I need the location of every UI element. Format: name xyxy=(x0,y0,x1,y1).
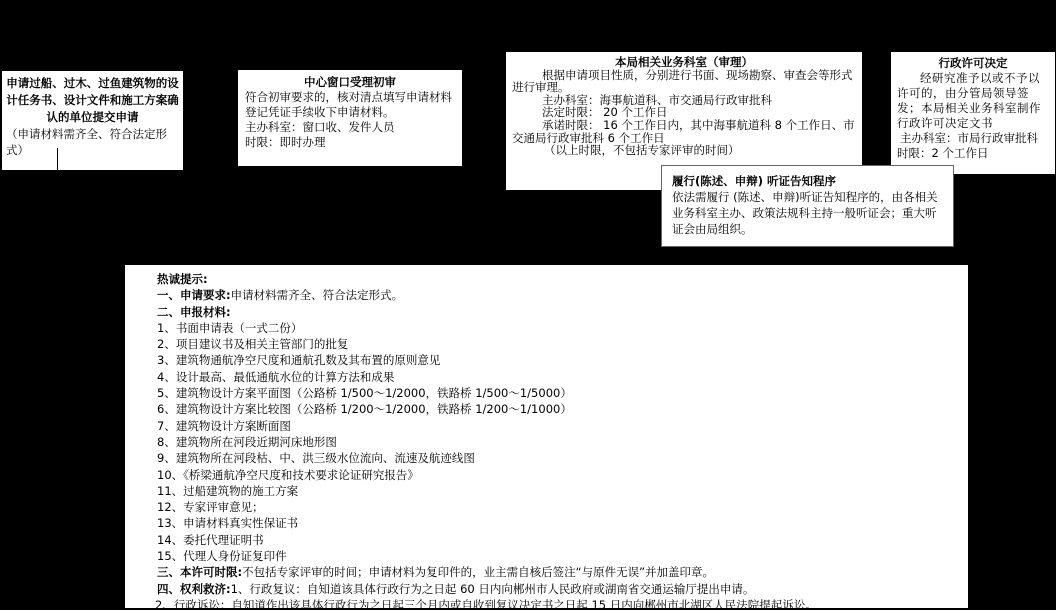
tips-remedy: 四、权利救济:1、行政复议：自知道该具体行政行为之日起 60 日内向郴州市人民政… xyxy=(157,581,968,597)
time-limit-text: 不包括专家评审的时间；申请材料为复印件的，业主需自核后签注“与原件无误”并加盖印… xyxy=(242,565,714,579)
decision-box: 行政许可决定 经研究准予以或不予以许可的，由分管局领导签发；本局相关业务科室制作… xyxy=(891,52,1055,174)
material-item: 10、《桥梁通航净空尺度和技术要求论证研究报告》 xyxy=(157,467,968,483)
decision-para: 经研究准予以或不予以许可的，由分管局领导签发；本局相关业务科室制作行政许可决定文… xyxy=(897,71,1049,131)
dept-review-note: （以上时限，不包括专家评审的时间） xyxy=(512,144,856,157)
window-review-box: 中心窗口受理初审 符合初审要求的，核对清点填写申请材料登记凭证手续收下申请材料。… xyxy=(238,70,462,166)
dept-review-para: 根据申请项目性质，分别进行书面、现场勘察、审查会等形式进行审理。 xyxy=(512,69,856,94)
remedy-text-2: 2、行政诉讼：自知道作出该具体行政行为之日起三个月内或自收到复议决定书之日起 1… xyxy=(155,597,968,610)
material-item: 15、代理人身份证复印件 xyxy=(157,548,968,564)
window-review-line1: 符合初审要求的，核对清点填写申请材料登记凭证手续收下申请材料。 xyxy=(245,90,455,120)
remedy-label: 四、权利救济: xyxy=(157,582,231,596)
requirement-label: 一、申请要求: xyxy=(157,288,231,302)
hearing-box: 履行(陈述、申辩) 听证告知程序 依法需履行 (陈述、申辩)听证告知程序的，由各… xyxy=(661,165,954,247)
material-item: 6、建筑物设计方案比较图（公路桥 1/200～1/2000，铁路桥 1/200～… xyxy=(157,401,968,417)
submit-note: （申请材料需齐全、符合法定形式） xyxy=(6,126,179,158)
window-review-limit: 时限：即时办理 xyxy=(245,135,455,150)
tips-requirement: 一、申请要求:申请材料需齐全、符合法定形式。 xyxy=(157,287,968,303)
decision-title: 行政许可决定 xyxy=(897,56,1049,71)
material-item: 4、设计最高、最低通航水位的计算方法和成果 xyxy=(157,369,968,385)
material-item: 14、委托代理证明书 xyxy=(157,532,968,548)
tips-heading: 热诚提示: xyxy=(157,271,968,287)
material-item: 8、建筑物所在河段近期河床地形图 xyxy=(157,434,968,450)
material-item: 9、建筑物所在河段枯、中、洪三级水位流向、流速及航迹线图 xyxy=(157,450,968,466)
material-item: 13、申请材料真实性保证书 xyxy=(157,515,968,531)
requirement-text: 申请材料需齐全、符合法定形式。 xyxy=(231,288,404,302)
dept-review-title: 本局相关业务科室（审理） xyxy=(512,56,856,69)
decision-limit: 时限：2 个工作日 xyxy=(897,146,1049,161)
time-limit-label: 三、本许可时限: xyxy=(157,565,242,579)
material-item: 1、书面申请表（一式二份） xyxy=(157,320,968,336)
material-item: 12、专家评审意见； xyxy=(157,499,968,515)
hearing-para: 依法需履行 (陈述、申辩)听证告知程序的，由各相关业务科室主办、政策法规科主持一… xyxy=(672,189,943,237)
remedy-text-1: 1、行政复议：自知道该具体行政行为之日起 60 日内向郴州市人民政府或湖南省交通… xyxy=(231,582,755,596)
submit-application-box: 申请过船、过木、过鱼建筑物的设计任务书、设计文件和施工方案确认的单位提交申请 （… xyxy=(2,71,183,170)
window-review-office: 主办科室：窗口收、发件人员 xyxy=(245,120,455,135)
submit-title: 申请过船、过木、过鱼建筑物的设计任务书、设计文件和施工方案确认的单位提交申请 xyxy=(6,75,179,126)
materials-label: 二、申报材料: xyxy=(157,304,968,320)
tips-box: 热诚提示: 一、申请要求:申请材料需齐全、符合法定形式。 二、申报材料: 1、书… xyxy=(125,265,968,608)
material-item: 7、建筑物设计方案断面图 xyxy=(157,418,968,434)
dept-review-promised-limit: 承诺时限： 16 个工作日内，其中海事航道科 8 个工作日、市交通局行政审批科 … xyxy=(512,119,856,144)
material-item: 11、过船建筑物的施工方案 xyxy=(157,483,968,499)
material-item: 3、建筑物通航净空尺度和通航孔数及其布置的原则意见 xyxy=(157,352,968,368)
material-item: 5、建筑物设计方案平面图（公路桥 1/500～1/2000，铁路桥 1/500～… xyxy=(157,385,968,401)
material-item: 2、项目建议书及相关主管部门的批复 xyxy=(157,336,968,352)
window-review-title: 中心窗口受理初审 xyxy=(245,75,455,90)
decision-office: 主办科室：市局行政审批科 xyxy=(897,131,1049,146)
tips-time-limit: 三、本许可时限:不包括专家评审的时间；申请材料为复印件的，业主需自核后签注“与原… xyxy=(157,564,968,580)
hearing-title: 履行(陈述、申辩) 听证告知程序 xyxy=(672,173,943,189)
connector-line xyxy=(57,148,58,170)
